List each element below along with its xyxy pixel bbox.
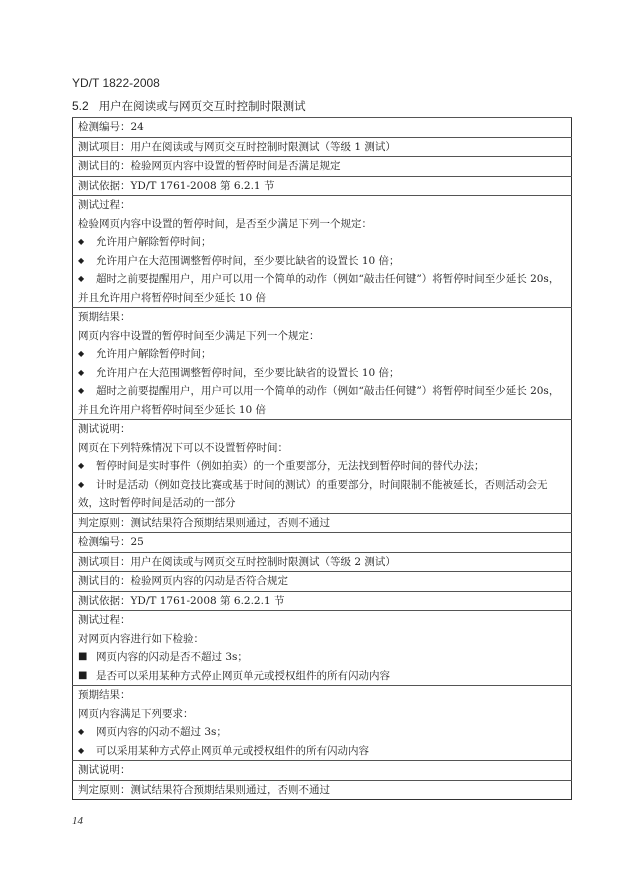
list-item: ◆暂停时间是实时事件（例如拍卖）的一个重要部分，无法找到暂停时间的替代办法； xyxy=(78,457,566,476)
procedure-label: 测试过程： xyxy=(78,196,566,215)
list-item-text: 计时是活动（例如竞技比赛或基于时间的测试）的重要部分，时间限制不能被延长，否则活… xyxy=(96,479,548,491)
test-id-cell: 检测编号：24 xyxy=(73,118,572,138)
test-basis: 测试依据：YD/T 1761-2008 第 6.2.2.1 节 xyxy=(78,592,566,611)
list-item-text: 暂停时间是实时事件（例如拍卖）的一个重要部分，无法找到暂停时间的替代办法； xyxy=(96,460,485,472)
list-item: ◆计时是活动（例如竞技比赛或基于时间的测试）的重要部分，时间限制不能被延长，否则… xyxy=(78,476,566,495)
list-continuation: 并且允许用户将暂停时间至少延长 10 倍 xyxy=(78,289,566,308)
list-item-text: 允许用户解除暂停时间； xyxy=(96,348,212,360)
test-id: 检测编号：25 xyxy=(78,533,566,552)
test-procedure-cell: 测试过程： 检验网页内容中设置的暂停时间，是否至少满足下列一个规定： ◆允许用户… xyxy=(73,196,572,308)
diamond-bullet-icon: ◆ xyxy=(78,382,96,401)
test-criteria-cell: 判定原则：测试结果符合预期结果则通过，否则不通过 xyxy=(73,780,572,800)
diamond-bullet-icon: ◆ xyxy=(78,457,96,476)
test-item: 测试项目：用户在阅读或与网页交互时控制时限测试（等级 1 测试） xyxy=(78,138,566,157)
test-purpose: 测试目的：检验网页内容的闪动是否符合规定 xyxy=(78,572,566,591)
standard-code: YD/T 1822-2008 xyxy=(72,76,160,90)
test-id: 检测编号：24 xyxy=(78,118,566,137)
list-item: ◆网页内容的闪动不超过 3s； xyxy=(78,723,566,742)
test-criteria: 判定原则：测试结果符合预期结果则通过，否则不通过 xyxy=(78,514,566,533)
procedure-intro: 检验网页内容中设置的暂停时间，是否至少满足下列一个规定： xyxy=(78,215,566,234)
diamond-bullet-icon: ◆ xyxy=(78,345,96,364)
diamond-bullet-icon: ◆ xyxy=(78,742,96,761)
expected-label: 预期结果： xyxy=(78,308,566,327)
list-item-text: 允许用户解除暂停时间； xyxy=(96,236,212,248)
list-item-text: 允许用户在大范围调整暂停时间，至少要比缺省的设置长 10 倍； xyxy=(96,255,400,267)
test-item-cell: 测试项目：用户在阅读或与网页交互时控制时限测试（等级 1 测试） xyxy=(73,137,572,157)
list-item-text: 网页内容的闪动不超过 3s； xyxy=(96,726,227,738)
test-purpose-cell: 测试目的：检验网页内容中设置的暂停时间是否满足规定 xyxy=(73,157,572,177)
section-heading: 5.2用户在阅读或与网页交互时控制时限测试 xyxy=(72,98,306,114)
list-item-text: 是否可以采用某种方式停止网页单元或授权组件的所有闪动内容 xyxy=(96,670,390,682)
page-number: 14 xyxy=(72,815,83,827)
list-item: ◆超时之前要提醒用户，用户可以用一个简单的动作（例如“敲击任何键”）将暂停时间至… xyxy=(78,270,566,289)
list-item: ■是否可以采用某种方式停止网页单元或授权组件的所有闪动内容 xyxy=(78,667,566,686)
diamond-bullet-icon: ◆ xyxy=(78,233,96,252)
expected-intro: 网页内容满足下列要求： xyxy=(78,705,566,724)
expected-label: 预期结果： xyxy=(78,686,566,705)
diamond-bullet-icon: ◆ xyxy=(78,252,96,271)
list-item: ■网页内容的闪动是否不超过 3s； xyxy=(78,648,566,667)
notes-label: 测试说明： xyxy=(78,761,566,780)
test-table-24: 检测编号：24 测试项目：用户在阅读或与网页交互时控制时限测试（等级 1 测试）… xyxy=(72,117,572,533)
square-bullet-icon: ■ xyxy=(78,667,96,686)
list-item-text: 超时之前要提醒用户，用户可以用一个简单的动作（例如“敲击任何键”）将暂停时间至少… xyxy=(96,273,559,285)
test-table-25: 检测编号：25 测试项目：用户在阅读或与网页交互时控制时限测试（等级 2 测试）… xyxy=(72,532,572,800)
test-item-cell: 测试项目：用户在阅读或与网页交互时控制时限测试（等级 2 测试） xyxy=(73,552,572,572)
test-purpose-cell: 测试目的：检验网页内容的闪动是否符合规定 xyxy=(73,572,572,592)
procedure-intro: 对网页内容进行如下检验： xyxy=(78,630,566,649)
test-item: 测试项目：用户在阅读或与网页交互时控制时限测试（等级 2 测试） xyxy=(78,553,566,572)
notes-intro: 网页在下列特殊情况下可以不设置暂停时间： xyxy=(78,439,566,458)
list-continuation: 并且允许用户将暂停时间至少延长 10 倍 xyxy=(78,401,566,420)
list-item: ◆允许用户在大范围调整暂停时间，至少要比缺省的设置长 10 倍； xyxy=(78,252,566,271)
test-expected-cell: 预期结果： 网页内容中设置的暂停时间至少满足下列一个规定： ◆允许用户解除暂停时… xyxy=(73,308,572,420)
list-item: ◆允许用户解除暂停时间； xyxy=(78,233,566,252)
test-basis-cell: 测试依据：YD/T 1761-2008 第 6.2.2.1 节 xyxy=(73,591,572,611)
list-item: ◆允许用户解除暂停时间； xyxy=(78,345,566,364)
list-item: ◆允许用户在大范围调整暂停时间，至少要比缺省的设置长 10 倍； xyxy=(78,364,566,383)
diamond-bullet-icon: ◆ xyxy=(78,364,96,383)
square-bullet-icon: ■ xyxy=(78,648,96,667)
test-notes-cell: 测试说明： 网页在下列特殊情况下可以不设置暂停时间： ◆暂停时间是实时事件（例如… xyxy=(73,420,572,514)
list-item-text: 网页内容的闪动是否不超过 3s； xyxy=(96,651,248,663)
test-basis: 测试依据：YD/T 1761-2008 第 6.2.1 节 xyxy=(78,177,566,196)
test-id-cell: 检测编号：25 xyxy=(73,533,572,553)
procedure-label: 测试过程： xyxy=(78,611,566,630)
diamond-bullet-icon: ◆ xyxy=(78,476,96,495)
list-continuation: 效，这时暂停时间是活动的一部分 xyxy=(78,494,566,513)
section-title: 用户在阅读或与网页交互时控制时限测试 xyxy=(99,99,306,113)
test-notes-cell: 测试说明： xyxy=(73,761,572,781)
test-purpose: 测试目的：检验网页内容中设置的暂停时间是否满足规定 xyxy=(78,157,566,176)
list-item-text: 可以采用某种方式停止网页单元或授权组件的所有闪动内容 xyxy=(96,745,369,757)
expected-intro: 网页内容中设置的暂停时间至少满足下列一个规定： xyxy=(78,327,566,346)
list-item-text: 超时之前要提醒用户，用户可以用一个简单的动作（例如“敲击任何键”）将暂停时间至少… xyxy=(96,385,559,397)
section-number: 5.2 xyxy=(72,99,89,113)
test-expected-cell: 预期结果： 网页内容满足下列要求： ◆网页内容的闪动不超过 3s； ◆可以采用某… xyxy=(73,686,572,761)
list-item: ◆超时之前要提醒用户，用户可以用一个简单的动作（例如“敲击任何键”）将暂停时间至… xyxy=(78,382,566,401)
notes-label: 测试说明： xyxy=(78,420,566,439)
test-basis-cell: 测试依据：YD/T 1761-2008 第 6.2.1 节 xyxy=(73,176,572,196)
diamond-bullet-icon: ◆ xyxy=(78,270,96,289)
test-procedure-cell: 测试过程： 对网页内容进行如下检验： ■网页内容的闪动是否不超过 3s； ■是否… xyxy=(73,611,572,686)
diamond-bullet-icon: ◆ xyxy=(78,723,96,742)
list-item: ◆可以采用某种方式停止网页单元或授权组件的所有闪动内容 xyxy=(78,742,566,761)
list-item-text: 允许用户在大范围调整暂停时间，至少要比缺省的设置长 10 倍； xyxy=(96,367,400,379)
test-criteria: 判定原则：测试结果符合预期结果则通过，否则不通过 xyxy=(78,781,566,800)
test-criteria-cell: 判定原则：测试结果符合预期结果则通过，否则不通过 xyxy=(73,513,572,533)
